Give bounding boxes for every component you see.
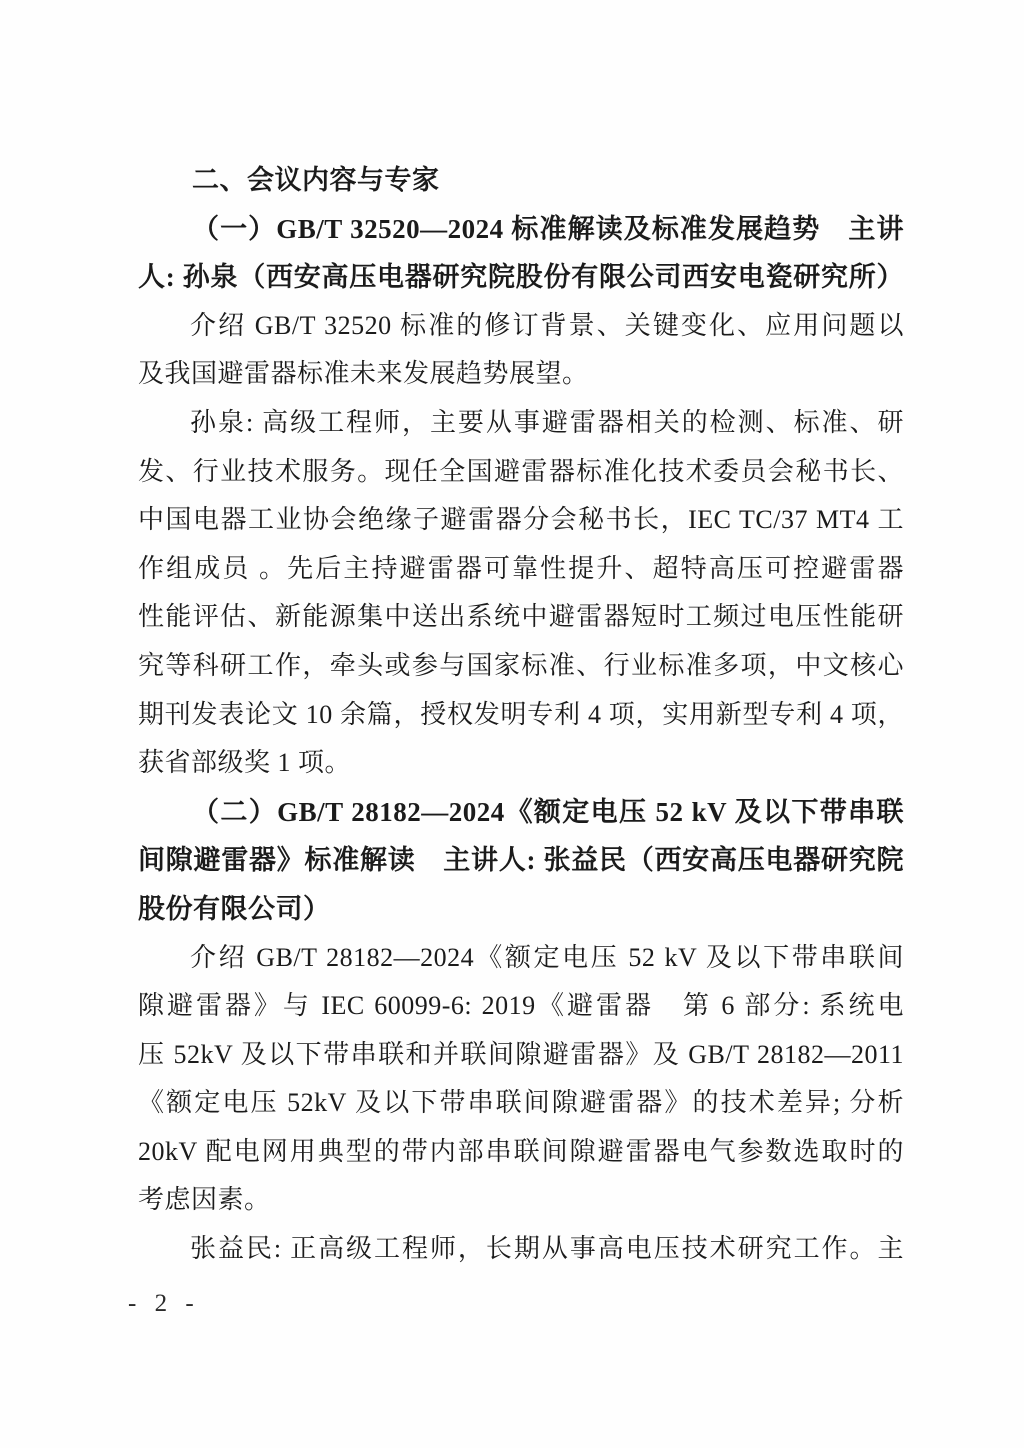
document-line: 孙泉: 高级工程师，主要从事避雷器相关的检测、标准、研 xyxy=(138,399,904,448)
document-line: 期刊发表论文 10 余篇，授权发明专利 4 项，实用新型专利 4 项， xyxy=(138,691,904,740)
document-line: 发、行业技术服务。现任全国避雷器标准化技术委员会秘书长、 xyxy=(138,448,904,497)
document-body: 二、会议内容与专家（一）GB/T 32520—2024 标准解读及标准发展趋势 … xyxy=(138,156,904,1274)
document-line: 作组成员 。先后主持避雷器可靠性提升、超特高压可控避雷器 xyxy=(138,545,904,594)
document-line: 压 52kV 及以下带串联和并联间隙避雷器》及 GB/T 28182—2011 xyxy=(138,1031,904,1080)
document-line: 二、会议内容与专家 xyxy=(138,156,904,205)
document-line: 《额定电压 52kV 及以下带串联间隙避雷器》的技术差异; 分析 xyxy=(138,1079,904,1128)
document-line: 隙避雷器》与 IEC 60099-6: 2019《避雷器 第 6 部分: 系统电 xyxy=(138,982,904,1031)
document-line: 人: 孙泉（西安高压电器研究院股份有限公司西安电瓷研究所） xyxy=(138,253,904,302)
document-line: 20kV 配电网用典型的带内部串联间隙避雷器电气参数选取时的 xyxy=(138,1128,904,1177)
document-line: 股份有限公司） xyxy=(138,885,904,934)
document-line: 介绍 GB/T 32520 标准的修订背景、关键变化、应用问题以 xyxy=(138,302,904,351)
document-line: 获省部级奖 1 项。 xyxy=(138,739,904,788)
document-line: （一）GB/T 32520—2024 标准解读及标准发展趋势 主讲 xyxy=(138,205,904,254)
document-line: （二）GB/T 28182—2024《额定电压 52 kV 及以下带串联 xyxy=(138,788,904,837)
document-line: 中国电器工业协会绝缘子避雷器分会秘书长，IEC TC/37 MT4 工 xyxy=(138,496,904,545)
document-line: 究等科研工作，牵头或参与国家标准、行业标准多项，中文核心 xyxy=(138,642,904,691)
page-number: - 2 - xyxy=(128,1290,200,1318)
document-line: 考虑因素。 xyxy=(138,1176,904,1225)
document-line: 及我国避雷器标准未来发展趋势展望。 xyxy=(138,350,904,399)
document-line: 性能评估、新能源集中送出系统中避雷器短时工频过电压性能研 xyxy=(138,593,904,642)
document-line: 介绍 GB/T 28182—2024《额定电压 52 kV 及以下带串联间 xyxy=(138,934,904,983)
document-line: 张益民: 正高级工程师，长期从事高电压技术研究工作。主 xyxy=(138,1225,904,1274)
page: 二、会议内容与专家（一）GB/T 32520—2024 标准解读及标准发展趋势 … xyxy=(0,0,1024,1448)
document-line: 间隙避雷器》标准解读 主讲人: 张益民（西安高压电器研究院 xyxy=(138,836,904,885)
